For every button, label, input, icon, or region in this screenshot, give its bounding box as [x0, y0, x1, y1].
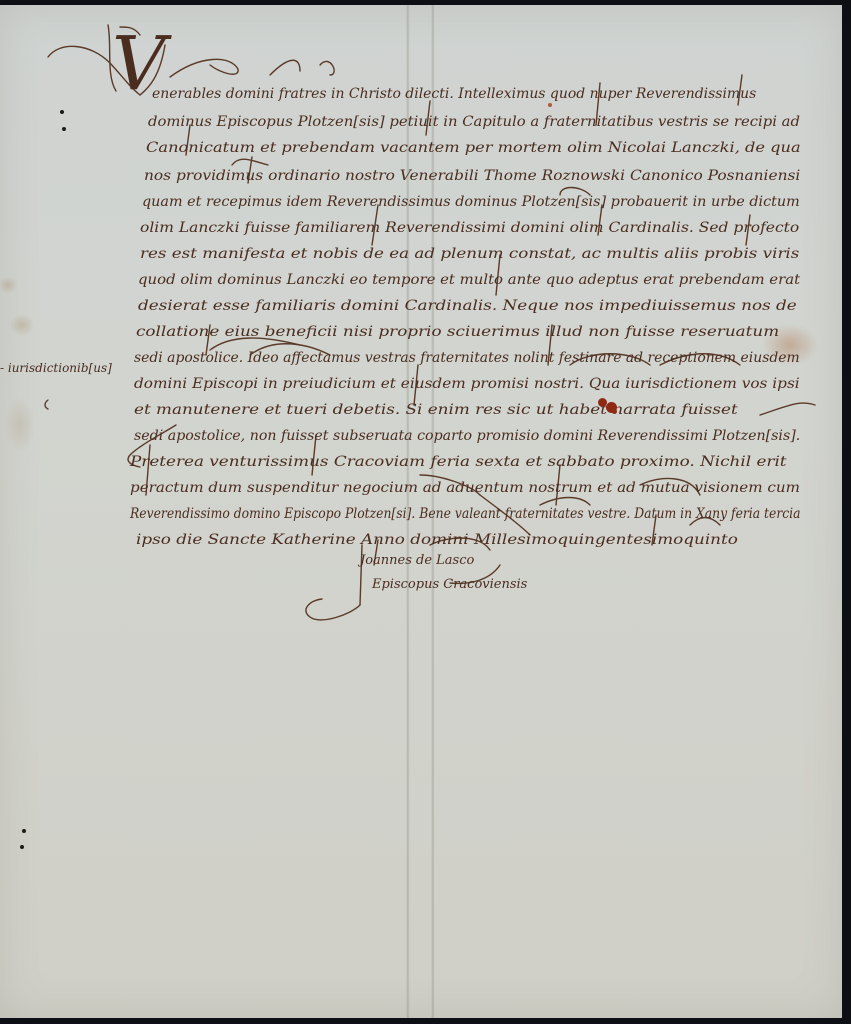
text-line: et manutenere et tueri debetis. Si enim …	[134, 401, 738, 419]
text-line: desierat esse familiaris domini Cardinal…	[138, 297, 797, 315]
text-line: ipso die Sancte Katherine Anno domini Mi…	[136, 531, 738, 549]
text-line: quod olim dominus Lanczki eo tempore et …	[138, 271, 800, 289]
signature-name: Joannes de Lasco	[360, 553, 474, 568]
text-line: Preterea venturissimus Cracoviam feria s…	[130, 453, 787, 471]
text-line: Canonicatum et prebendam vacantem per mo…	[146, 139, 801, 157]
pin-hole	[60, 110, 64, 114]
manuscript-page: V enerables domini fratres in Christo di…	[0, 5, 842, 1018]
text-line: dominus Episcopus Plotzen[sis] petiuit i…	[148, 113, 800, 131]
text-line: res est manifesta et nobis de ea ad plen…	[140, 245, 799, 263]
pin-hole	[22, 829, 26, 833]
ink-spot	[548, 103, 552, 107]
text-line: enerables domini fratres in Christo dile…	[152, 85, 800, 103]
text-line: peractum dum suspenditur negocium ad adu…	[130, 479, 800, 497]
text-line: nos providimus ordinario nostro Venerabi…	[144, 167, 800, 185]
pin-hole	[62, 127, 66, 131]
text-line: sedi apostolice. Ideo affectamus vestras…	[134, 349, 800, 367]
text-line: sedi apostolice, non fuisset subseruata …	[134, 427, 800, 445]
pin-hole	[20, 845, 24, 849]
text-line: olim Lanczki fuisse familiarem Reverendi…	[140, 219, 799, 237]
photo-background: V enerables domini fratres in Christo di…	[0, 0, 851, 1024]
text-line: domini Episcopi in preiudicium et eiusde…	[134, 375, 800, 393]
margin-note: - iurisdictionib[us]	[0, 361, 112, 375]
text-line: Reverendissimo domino Episcopo Plotzen[s…	[130, 505, 801, 523]
text-line: quam et recepimus idem Reverendissimus d…	[142, 193, 800, 211]
text-line: collatione eius beneficii nisi proprio s…	[136, 323, 779, 341]
signature-title: Episcopus Cracoviensis	[372, 577, 527, 592]
wax-stain	[612, 409, 617, 414]
